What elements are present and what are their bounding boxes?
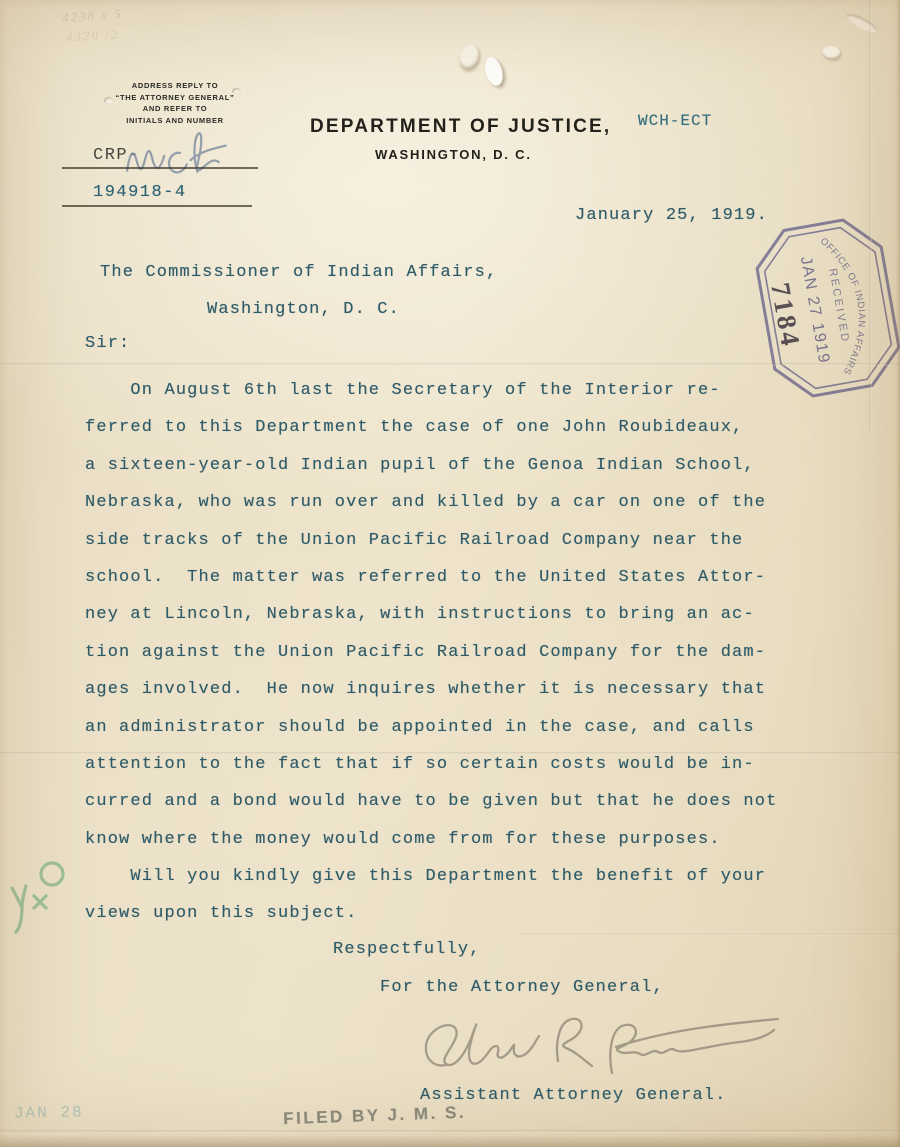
paper-crease <box>520 933 900 936</box>
file-ref-underline <box>62 167 258 169</box>
paper-tear <box>456 42 483 73</box>
paper-tear <box>821 45 842 62</box>
text-line: ney at Lincoln, Nebraska, with instructi… <box>85 596 777 633</box>
text-line: tion against the Union Pacific Railroad … <box>85 634 777 671</box>
paper-crease <box>0 363 900 366</box>
text-line: a sixteen-year-old Indian pupil of the G… <box>85 447 777 484</box>
paper-crease <box>0 1130 900 1133</box>
text-line: views upon this subject. <box>85 895 777 932</box>
letter-document: 4238 x 5 4320 /2 ADDRESS REPLY TO“THE AT… <box>0 0 900 1147</box>
file-number: 194918-4 <box>93 183 187 202</box>
recipient-line-2: Washington, D. C. <box>207 300 400 319</box>
pencil-scribble: 4238 x 5 <box>62 6 124 26</box>
recipient-line-1: The Commissioner of Indian Affairs, <box>100 263 497 282</box>
paper-tear <box>482 55 505 87</box>
filed-by-stamp: FILED BY J. M. S. <box>283 1103 467 1129</box>
page-right-edge <box>896 0 900 1147</box>
initials-code: WCH-ECT <box>638 112 712 130</box>
text-line: attention to the fact that if so certain… <box>85 746 777 783</box>
pencil-scribble: 4320 /2 <box>66 27 120 46</box>
text-line: AND REFER TO <box>60 103 290 115</box>
letter-body: On August 6th last the Secretary of the … <box>85 372 777 933</box>
jan-28-stamp: JAN 28 <box>14 1103 84 1122</box>
text-line: side tracks of the Union Pacific Railroa… <box>85 522 777 559</box>
letterhead-reply-notice: ADDRESS REPLY TO“THE ATTORNEY GENERAL”AN… <box>60 80 290 126</box>
text-line: an administrator should be appointed in … <box>85 709 777 746</box>
text-line: know where the money would come from for… <box>85 821 777 858</box>
text-line: curred and a bond would have to be given… <box>85 783 777 820</box>
text-line: ADDRESS REPLY TO <box>60 80 290 92</box>
text-line: ages involved. He now inquires whether i… <box>85 671 777 708</box>
text-line: INITIALS AND NUMBER <box>60 115 290 127</box>
salutation: Sir: <box>85 334 130 353</box>
signature-claude-r-porter <box>412 995 784 1089</box>
department-title: DEPARTMENT OF JUSTICE, <box>310 116 611 138</box>
text-line: ferred to this Department the case of on… <box>85 409 777 446</box>
green-crayon-mark <box>8 856 68 936</box>
handwritten-initials <box>120 122 235 184</box>
file-number-underline <box>62 205 252 207</box>
text-line: “THE ATTORNEY GENERAL” <box>60 92 290 104</box>
date-line: January 25, 1919. <box>575 206 768 225</box>
department-city: WASHINGTON, D. C. <box>375 147 532 162</box>
page-bottom-edge <box>0 1135 900 1147</box>
text-line: school. The matter was referred to the U… <box>85 559 777 596</box>
stamp-number-text: 7184 <box>765 280 806 350</box>
closing-respectfully: Respectfully, <box>333 940 481 959</box>
text-line: On August 6th last the Secretary of the … <box>85 372 777 409</box>
paper-dent <box>845 11 880 36</box>
signer-title: Assistant Attorney General. <box>420 1086 727 1105</box>
text-line: Nebraska, who was run over and killed by… <box>85 484 777 521</box>
text-line: Will you kindly give this Department the… <box>85 858 777 895</box>
